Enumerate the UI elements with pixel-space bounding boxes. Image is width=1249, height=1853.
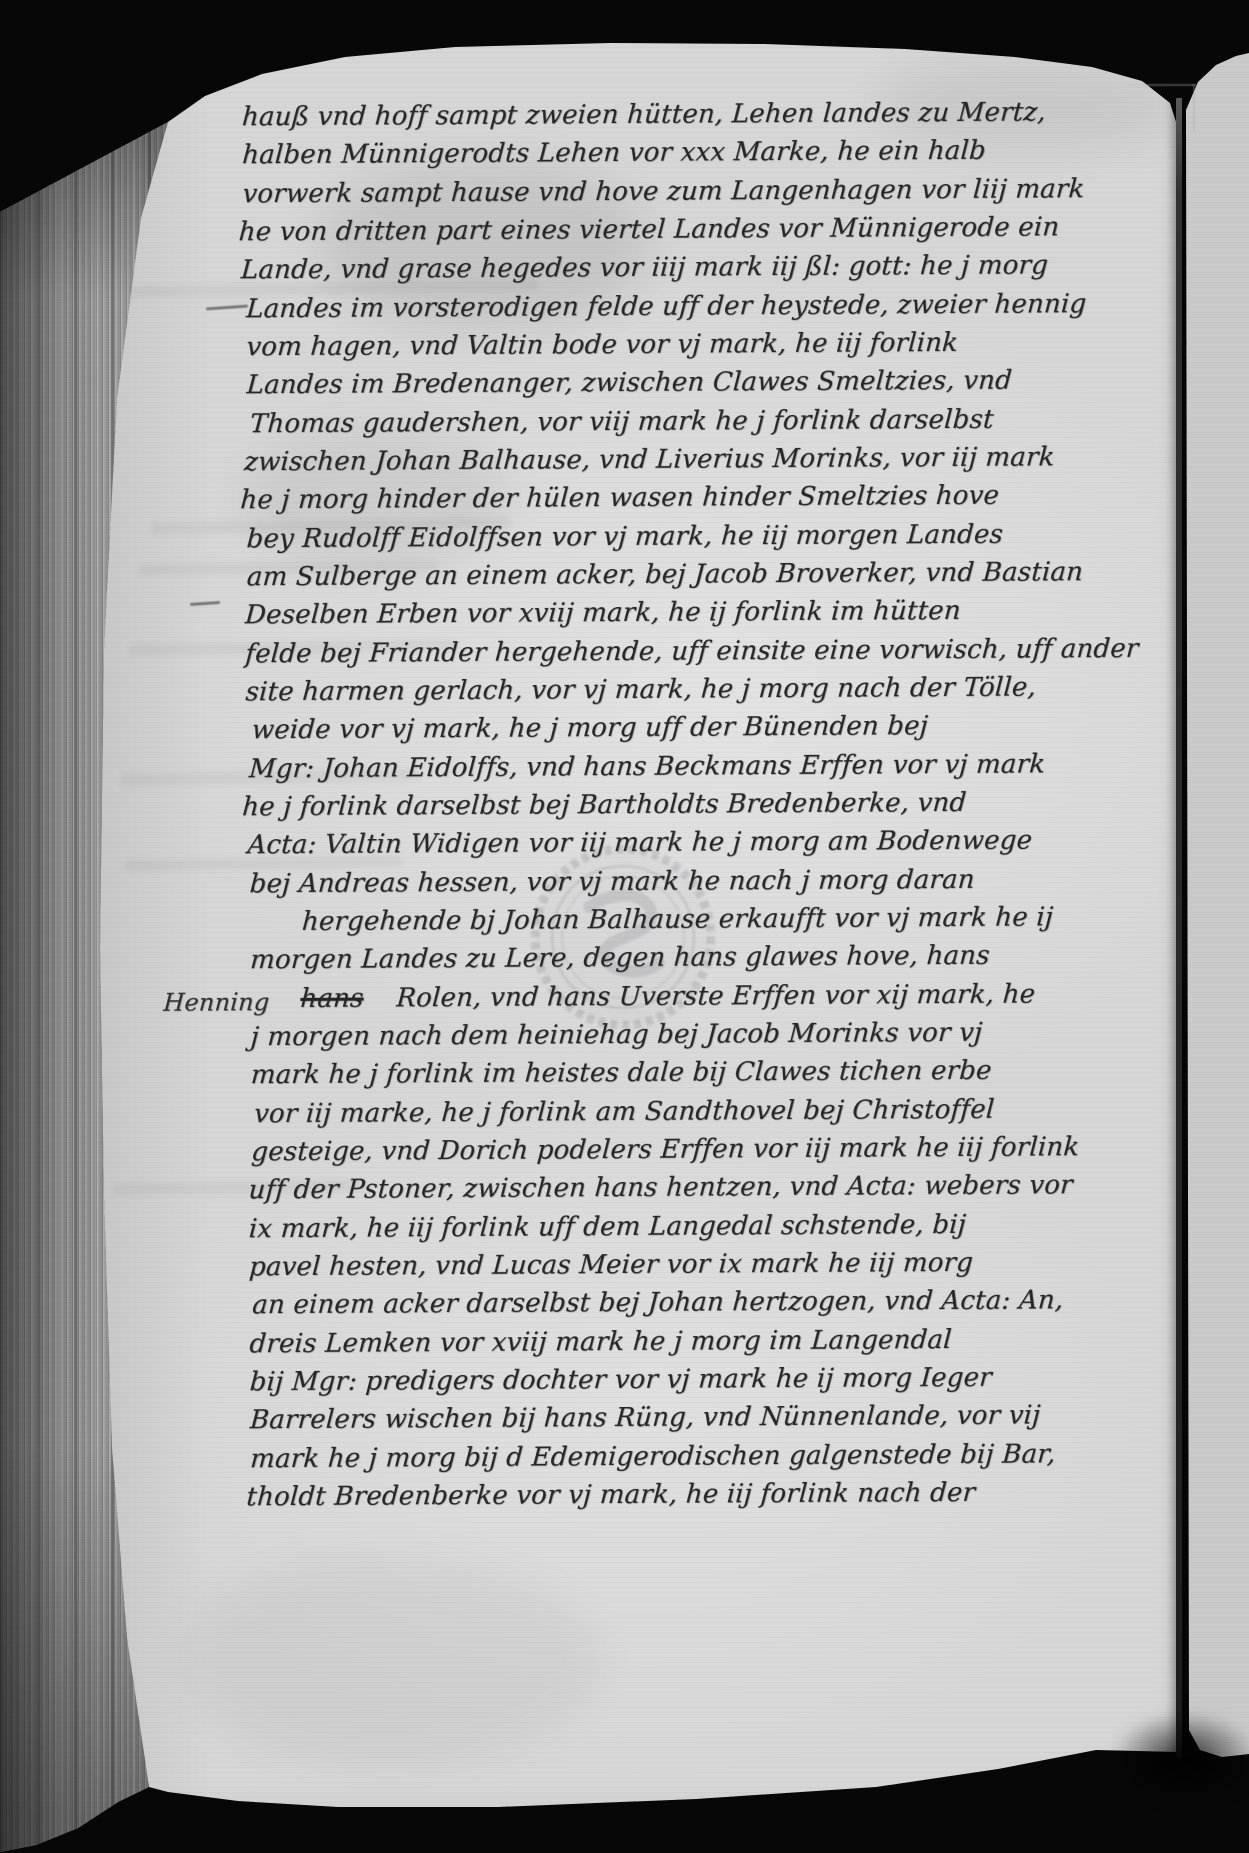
- manuscript-line: zwischen Johan Balhause, vnd Liverius Mo…: [243, 442, 1055, 477]
- manuscript-line: vorwerk sampt hause vnd hove zum Langenh…: [242, 174, 1086, 209]
- manuscript-line: hauß vnd hoff sampt zweien hütten, Lehen…: [241, 97, 1047, 132]
- manuscript-line: pavel hesten, vnd Lucas Meier vor ix mar…: [248, 1248, 974, 1282]
- gutter-bottom-shadow: [1080, 1690, 1249, 1830]
- manuscript-line: bij Mgr: predigers dochter vor vj mark h…: [249, 1363, 993, 1398]
- manuscript-line: an einem acker darselbst bej Johan hertz…: [251, 1285, 1064, 1320]
- manuscript-line: am Sulberge an einem acker, bej Jacob Br…: [246, 557, 1084, 592]
- manuscript-line: Landes im Bredenanger, zwischen Clawes S…: [246, 366, 1013, 401]
- manuscript-line: tholdt Bredenberke vor vj mark, he iij f…: [246, 1478, 977, 1512]
- frame-artifact-line: [1193, 84, 1195, 132]
- manuscript-line: he j morg hinder der hülen wasen hinder …: [239, 481, 1000, 516]
- manuscript-line: Landes im vorsterodigen felde uff der he…: [245, 289, 1087, 324]
- manuscript-line: morgen Landes zu Lere, degen hans glawes…: [249, 941, 990, 976]
- handwritten-text-block: hauß vnd hoff sampt zweien hütten, Lehen…: [0, 0, 1249, 1853]
- manuscript-page: hauß vnd hoff sampt zweien hütten, Lehen…: [0, 0, 1249, 1853]
- manuscript-line: weide vor vj mark, he j morg uff der Bün…: [251, 711, 929, 745]
- manuscript-line: hergehende bj Johan Balhause erkaufft vo…: [301, 902, 1054, 937]
- manuscript-line: felde bej Friander hergehende, uff einsi…: [244, 634, 1139, 669]
- manuscript-line: uff der Pstoner, zwischen hans hentzen, …: [248, 1170, 1074, 1205]
- manuscript-line: Deselben Erben vor xviij mark, he ij for…: [244, 596, 962, 630]
- book-gutter: [1176, 98, 1182, 1758]
- manuscript-line: vom hagen, vnd Valtin bode vor vj mark, …: [245, 328, 959, 362]
- manuscript-line: mark he j forlink im heistes dale bij Cl…: [250, 1056, 993, 1091]
- frame-artifact-line: [1128, 84, 1196, 86]
- manuscript-line: bey Rudolff Eidolffsen vor vj mark, he i…: [246, 520, 1004, 555]
- manuscript-line: gesteige, vnd Dorich podelers Erffen vor…: [250, 1132, 1080, 1167]
- manuscript-line: bej Andreas hessen, vor vj mark he nach …: [249, 865, 976, 899]
- manuscript-line: Thomas gaudershen, vor viij mark he j fo…: [249, 405, 995, 440]
- manuscript-line: Mgr: Johan Eidolffs, vnd hans Beckmans E…: [248, 749, 1046, 784]
- manuscript-line: Acta: Valtin Widigen vor iij mark he j m…: [247, 826, 1034, 861]
- manuscript-line: Barrelers wischen bij hans Rüng, vnd Nün…: [249, 1400, 1041, 1435]
- manuscript-line: j morgen nach dem heiniehag bej Jacob Mo…: [250, 1018, 984, 1052]
- manuscript-line: halben Münnigerodts Lehen vor xxx Marke,…: [241, 136, 987, 171]
- photo-of-open-book: hauß vnd hoff sampt zweien hütten, Lehen…: [0, 0, 1249, 1853]
- manuscript-line: mark he j morg bij d Edemigerodischen ga…: [249, 1439, 1056, 1474]
- manuscript-line: vor iij marke, he j forlink am Sandthove…: [253, 1095, 995, 1130]
- margin-annotation: Henning: [163, 988, 271, 1017]
- manuscript-line: he j forlink darselbst bej Bartholdts Br…: [241, 788, 967, 822]
- manuscript-line: site harmen gerlach, vor vj mark, he j m…: [245, 672, 1037, 707]
- manuscript-line: ix mark, he iij forlink uff dem Langedal…: [248, 1210, 967, 1244]
- manuscript-line: Rolen, vnd hans Uverste Erffen vor xij m…: [395, 979, 1036, 1013]
- manuscript-line: hans: [299, 984, 364, 1014]
- manuscript-line: he von dritten part eines viertel Landes…: [238, 212, 1061, 247]
- manuscript-line: dreis Lemken vor xviij mark he j morg im…: [249, 1325, 953, 1359]
- manuscript-line: Lande, vnd grase hegedes vor iiij mark i…: [240, 250, 1049, 285]
